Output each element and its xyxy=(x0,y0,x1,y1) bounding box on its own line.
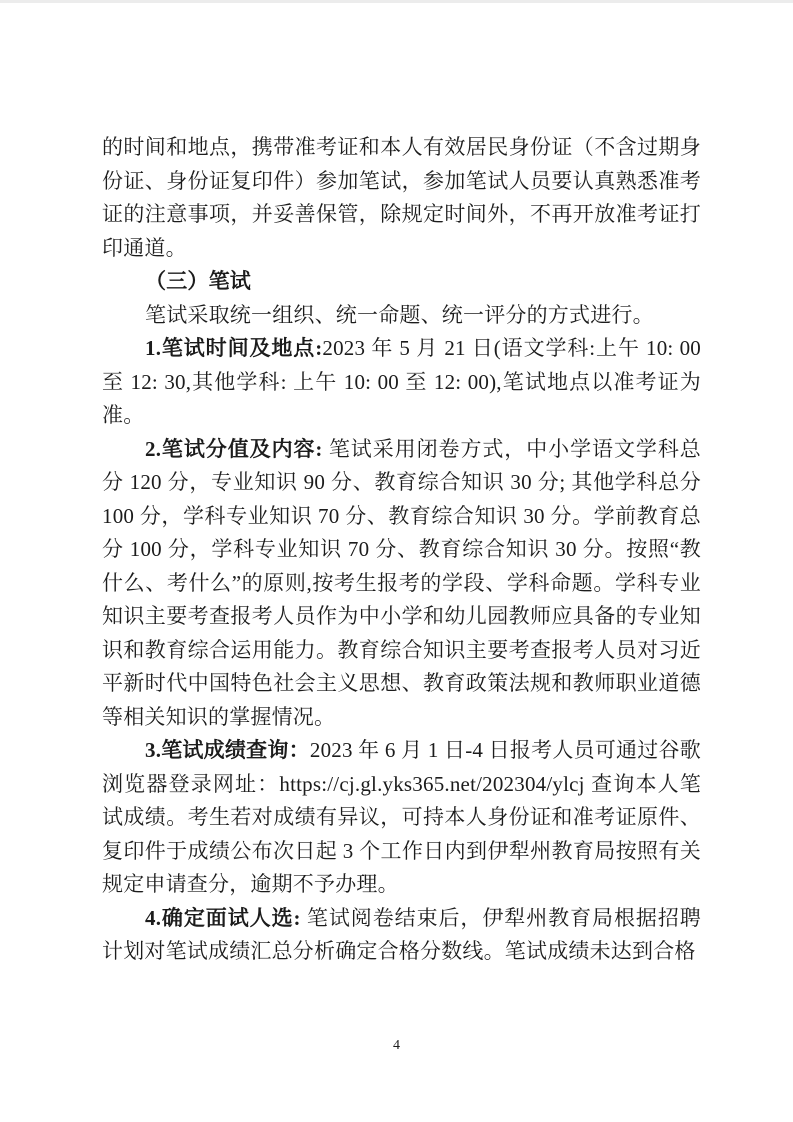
paragraph-1-test-time-and-location: 1.笔试时间及地点:2023 年 5 月 21 日(语文学科:上午 10: 00… xyxy=(102,332,701,433)
page-number: 4 xyxy=(393,1038,400,1053)
paragraph-2-test-scores-and-content: 2.笔试分值及内容: 笔试采用闭卷方式，中小学语文学科总分 120 分，专业知识… xyxy=(102,433,701,735)
paragraph-text: 笔试采用闭卷方式，中小学语文学科总分 120 分，专业知识 90 分、教育综合知… xyxy=(102,437,701,729)
paragraph-text: 笔试采取统一组织、统一命题、统一评分的方式进行。 xyxy=(145,303,654,327)
document-page: 的时间和地点，携带准考证和本人有效居民身份证（不含过期身份证、身份证复印件）参加… xyxy=(0,0,793,1122)
paragraph-lead-label: （三）笔试 xyxy=(145,269,251,293)
paragraph-lead-label: 3.笔试成绩查询： xyxy=(145,738,310,762)
paragraph-admission-ticket-notice: 的时间和地点，携带准考证和本人有效居民身份证（不含过期身份证、身份证复印件）参加… xyxy=(102,131,701,265)
paragraph-lead-label: 4.确定面试人选: xyxy=(145,906,301,930)
paragraph-test-organization: 笔试采取统一组织、统一命题、统一评分的方式进行。 xyxy=(102,299,701,333)
paragraph-lead-label: 2.笔试分值及内容: xyxy=(145,437,323,461)
paragraph-lead-label: 1.笔试时间及地点: xyxy=(145,336,322,360)
document-body: 的时间和地点，携带准考证和本人有效居民身份证（不含过期身份证、身份证复印件）参加… xyxy=(102,131,701,969)
heading-section-three-written-test: （三）笔试 xyxy=(102,265,701,299)
page-top-edge xyxy=(0,0,793,3)
paragraph-text: 的时间和地点，携带准考证和本人有效居民身份证（不含过期身份证、身份证复印件）参加… xyxy=(102,135,701,260)
page-footer: 4 xyxy=(0,1036,793,1054)
paragraph-4-interview-candidate-selection: 4.确定面试人选: 笔试阅卷结束后，伊犁州教育局根据招聘计划对笔试成绩汇总分析确… xyxy=(102,902,701,969)
paragraph-3-score-inquiry: 3.笔试成绩查询：2023 年 6 月 1 日-4 日报考人员可通过谷歌浏览器登… xyxy=(102,734,701,902)
